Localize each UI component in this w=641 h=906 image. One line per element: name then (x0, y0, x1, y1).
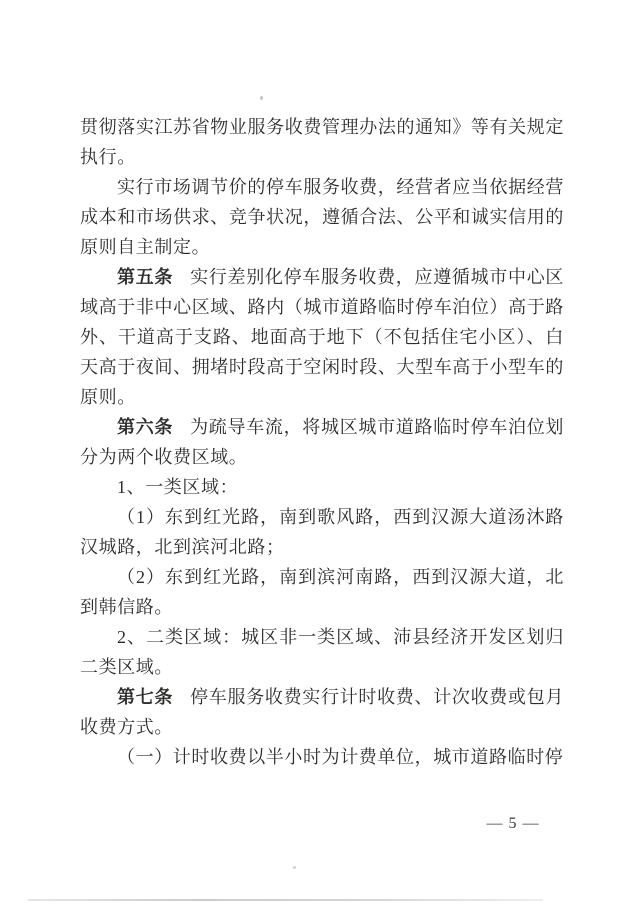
document-body: 贯彻落实江苏省物业服务收费管理办法的通知》等有关规定执行。实行市场调节价的停车服… (80, 112, 564, 772)
paragraph: 实行市场调节价的停车服务收费，经营者应当依据经营成本和市场供求、竞争状况，遵循合… (80, 172, 564, 262)
paragraph: 2、二类区域：城区非一类区域、沛县经济开发区划归二类区域。 (80, 622, 564, 682)
clause-heading: 第六条 (117, 417, 173, 437)
paragraph: 第七条停车服务收费实行计时收费、计次收费或包月收费方式。 (80, 682, 564, 742)
document-page: 贯彻落实江苏省物业服务收费管理办法的通知》等有关规定执行。实行市场调节价的停车服… (0, 0, 641, 906)
paragraph-text: （1）东到红光路，南到歌风路，西到汉源大道汤沐路汉城路，北到滨河北路； (80, 507, 564, 557)
paragraph: 贯彻落实江苏省物业服务收费管理办法的通知》等有关规定执行。 (80, 112, 564, 172)
paragraph: 第六条为疏导车流，将城区城市道路临时停车泊位划分为两个收费区域。 (80, 412, 564, 472)
paragraph-text: （2）东到红光路，南到滨河南路，西到汉源大道，北到韩信路。 (80, 567, 564, 617)
paragraph-text: 实行差别化停车服务收费，应遵循城市中心区域高于非中心区域、路内（城市道路临时停车… (80, 267, 564, 407)
page-number: — 5 — (478, 815, 548, 833)
paragraph-text: 1、一类区域： (117, 477, 238, 497)
paragraph: 第五条实行差别化停车服务收费，应遵循城市中心区域高于非中心区域、路内（城市道路临… (80, 262, 564, 412)
paragraph: 1、一类区域： (80, 472, 564, 502)
scan-edge-shadow (28, 899, 543, 901)
paragraph-text: 贯彻落实江苏省物业服务收费管理办法的通知》等有关规定执行。 (80, 117, 564, 167)
scan-speck (293, 866, 296, 869)
clause-heading: 第五条 (117, 267, 173, 287)
clause-heading: 第七条 (117, 687, 173, 707)
paragraph: （一）计时收费以半小时为计费单位，城市道路临时停 (80, 742, 564, 772)
paragraph: （1）东到红光路，南到歌风路，西到汉源大道汤沐路汉城路，北到滨河北路； (80, 502, 564, 562)
paragraph: （2）东到红光路，南到滨河南路，西到汉源大道，北到韩信路。 (80, 562, 564, 622)
paragraph-text: 2、二类区域：城区非一类区域、沛县经济开发区划归二类区域。 (80, 627, 564, 677)
paragraph-text: 实行市场调节价的停车服务收费，经营者应当依据经营成本和市场供求、竞争状况，遵循合… (80, 177, 564, 257)
scan-speck (260, 96, 263, 100)
paragraph-text: （一）计时收费以半小时为计费单位，城市道路临时停 (117, 747, 563, 767)
